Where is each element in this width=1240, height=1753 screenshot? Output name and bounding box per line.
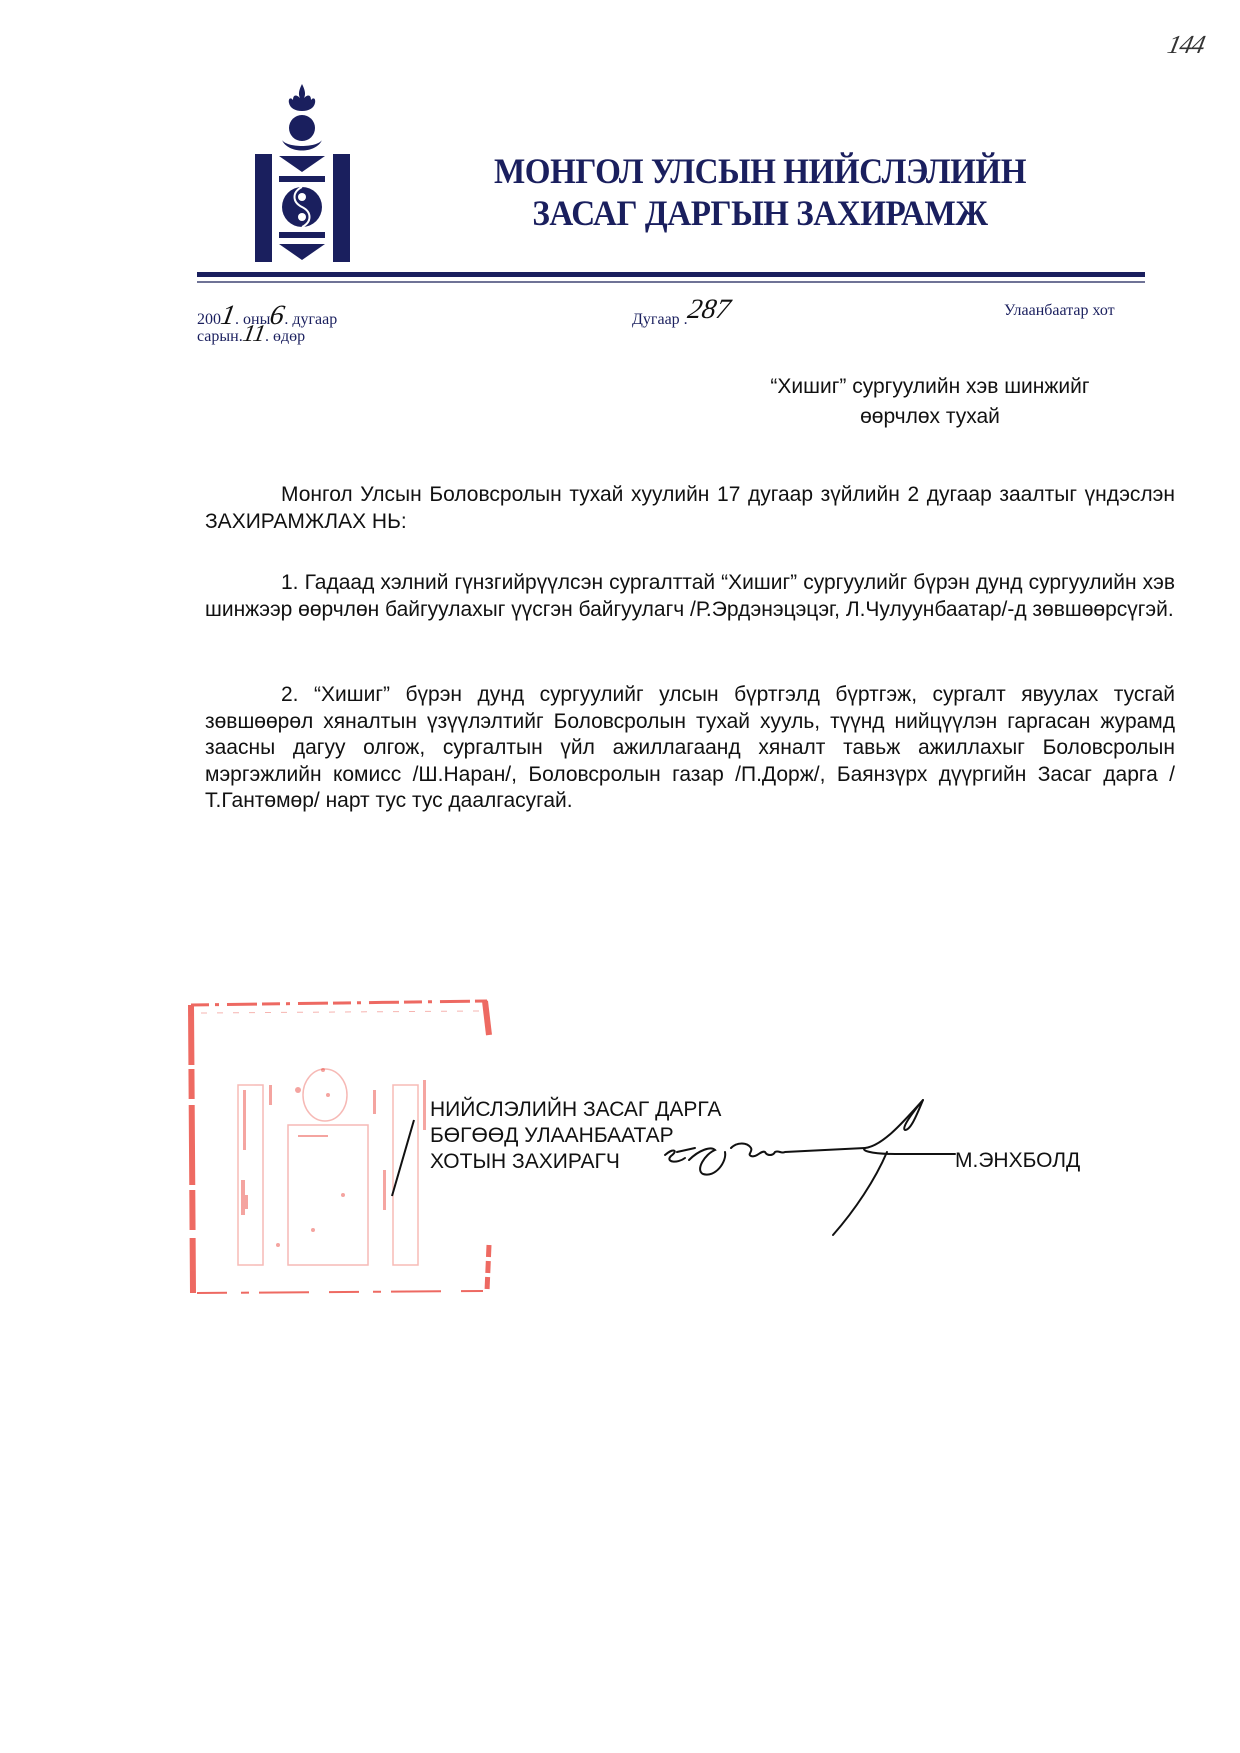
header-rule-thin bbox=[197, 281, 1145, 283]
decree-number-handwritten: 287 bbox=[685, 296, 732, 324]
body-item-1: 1. Гадаад хэлний гүнзгийрүүлсэн сургалтт… bbox=[205, 570, 1175, 623]
city-label: Улаанбаатар хот bbox=[1004, 302, 1115, 320]
document-subject: “Хишиг” сургуулийн хэв шинжийг өөрчлөх т… bbox=[720, 372, 1140, 432]
handwritten-signature-icon bbox=[655, 1090, 965, 1240]
subject-line1: “Хишиг” сургуулийн хэв шинжийг bbox=[720, 372, 1140, 402]
handwritten-slash-mark bbox=[388, 1118, 418, 1198]
date-day: сарын.11. өдөр bbox=[197, 322, 305, 346]
decree-number: Дугаар .287 bbox=[632, 296, 730, 329]
soyombo-emblem-icon bbox=[255, 80, 350, 262]
header-title-line1: МОНГОЛ УЛСЫН НИЙСЛЭЛИЙН bbox=[466, 150, 1055, 192]
body-item-2: 2. “Хишиг” бүрэн дунд сургуулийг улсын б… bbox=[205, 682, 1175, 815]
header-title-line2: ЗАСАГ ДАРГЫН ЗАХИРАМЖ bbox=[466, 192, 1055, 234]
header-rule-thick bbox=[197, 272, 1145, 277]
day-handwritten: 11 bbox=[241, 322, 267, 346]
decree-number-label: Дугаар . bbox=[632, 311, 688, 328]
signer-name: М.ЭНХБОЛД bbox=[955, 1149, 1080, 1173]
document-header-title: МОНГОЛ УЛСЫН НИЙСЛЭЛИЙН ЗАСАГ ДАРГЫН ЗАХ… bbox=[466, 150, 1055, 234]
body-intro-paragraph: Монгол Улсын Боловсролын тухай хуулийн 1… bbox=[205, 482, 1175, 535]
subject-line2: өөрчлөх тухай bbox=[720, 402, 1140, 432]
page-number-handwritten: 144 bbox=[1165, 30, 1207, 60]
